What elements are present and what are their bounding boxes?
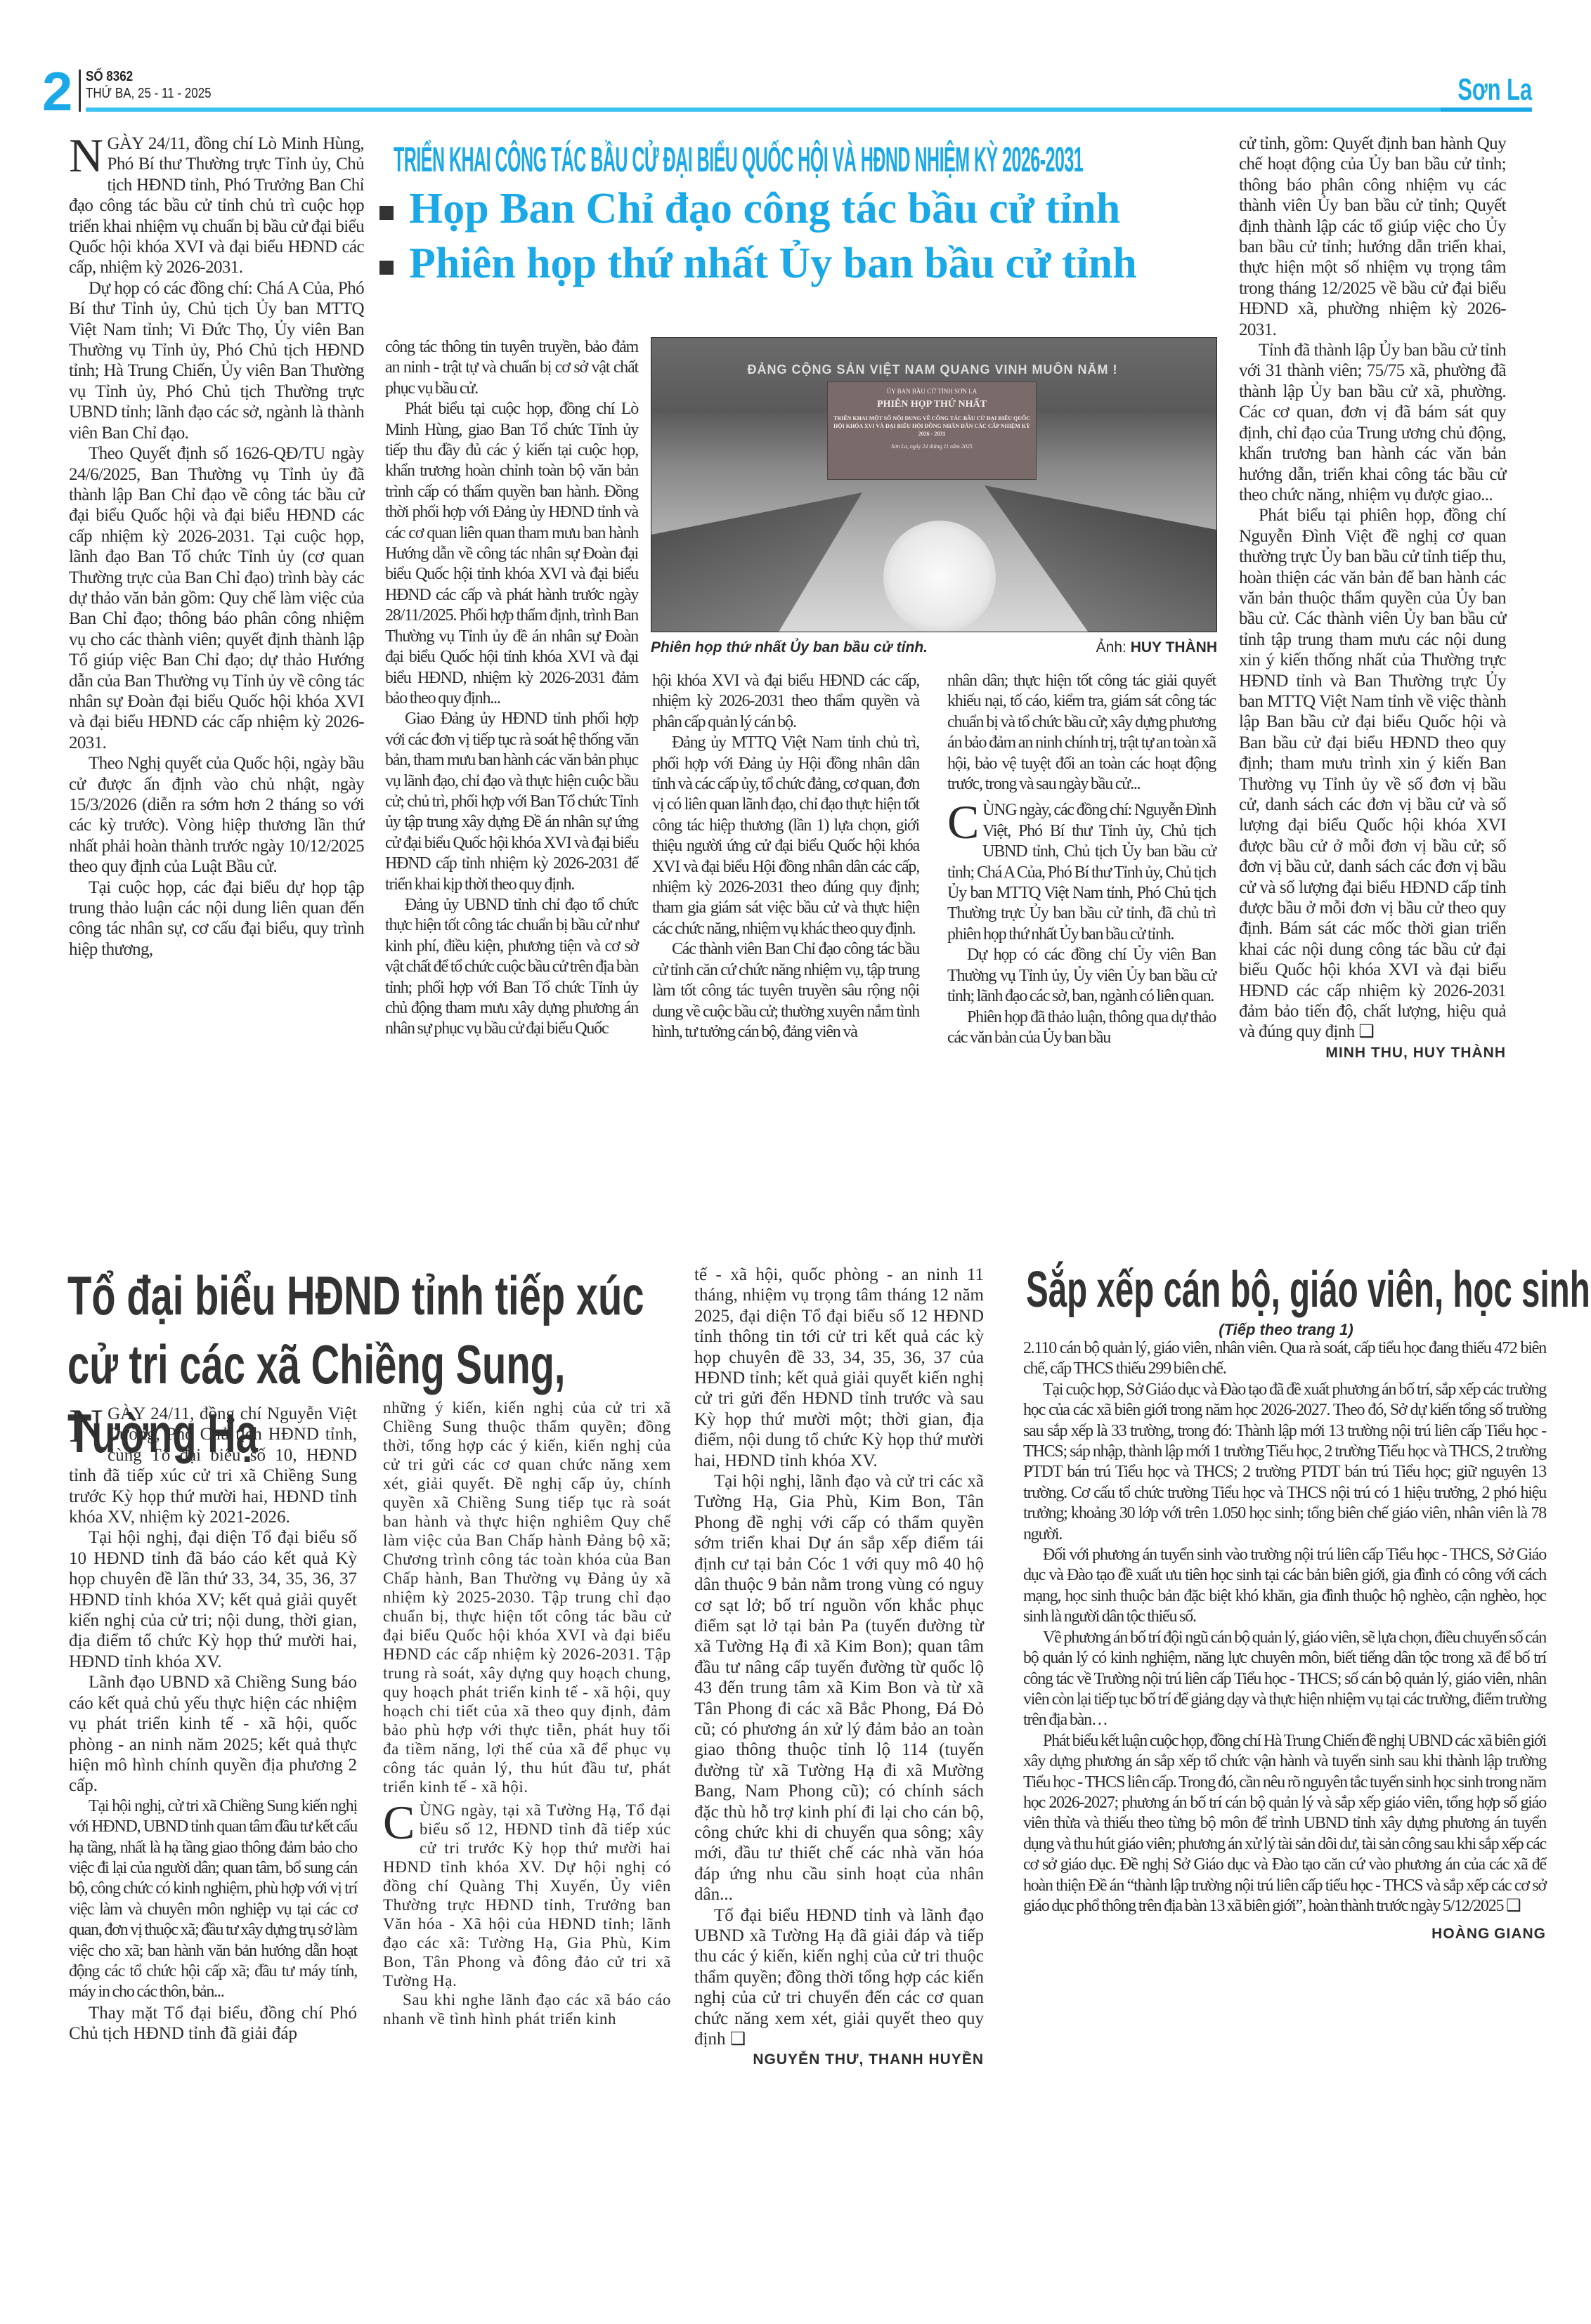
article2-column-2: những ý kiến, kiến nghị của cử tri xã Ch… — [383, 1398, 671, 2028]
paragraph: Tổ đại biểu HĐND tỉnh và lãnh đạo UBND x… — [694, 1905, 984, 2050]
issue-info: SỐ 8362 THỨ BA, 25 - 11 - 2025 — [86, 68, 212, 102]
byline: MINH THU, HUY THÀNH — [1239, 1043, 1506, 1063]
paragraph: Giao Đảng ủy HĐND tỉnh phối hợp với các … — [385, 709, 638, 895]
meeting-photo: ĐẢNG CỘNG SẢN VIỆT NAM QUANG VINH MUÔN N… — [651, 337, 1217, 632]
paragraph: nhân dân; thực hiện tốt công tác giải qu… — [947, 671, 1216, 795]
photo-table-right — [985, 485, 1216, 632]
paragraph: cử tỉnh, gồm: Quyết định ban hành Quy ch… — [1239, 133, 1506, 340]
paragraph: 2.110 cán bộ quản lý, giáo viên, nhân vi… — [1023, 1338, 1546, 1380]
continued-note: (Tiếp theo trang 1) — [1026, 1321, 1546, 1339]
article1-column-1: NGÀY 24/11, đồng chí Lò Minh Hùng, Phó B… — [69, 133, 364, 960]
paragraph: Tỉnh đã thành lập Ủy ban bầu cử tỉnh với… — [1239, 340, 1506, 505]
article3-headline: Sắp xếp cán bộ, giáo viên, học sinh... — [1026, 1261, 1490, 1319]
paragraph: Phát biểu tại cuộc họp, đồng chí Lò Minh… — [385, 399, 638, 709]
section-name: Sơn La — [1457, 72, 1532, 107]
paragraph: Theo Quyết định số 1626-QĐ/TU ngày 24/6/… — [69, 443, 364, 753]
issue-number: SỐ 8362 — [86, 69, 133, 84]
paragraph: Phiên họp đã thảo luận, thông qua dự thả… — [947, 1007, 1216, 1049]
article1-subhead-2: Phiên họp thứ nhất Ủy ban bầu cử tỉnh — [379, 239, 1137, 289]
article2-column-1: NGÀY 24/11, đồng chí Nguyễn Việt Cường, … — [69, 1404, 357, 2044]
screen-text: ỦY BAN BẦU CỬ TỈNH SƠN LA — [828, 388, 1036, 395]
paragraph: Tại hội nghị, lãnh đạo và cử tri các xã … — [694, 1471, 984, 1905]
paragraph: Sau khi nghe lãnh đạo các xã báo cáo nha… — [383, 1990, 671, 2028]
masthead-rule — [86, 107, 1463, 112]
paragraph: CÙNG ngày, tại xã Tường Hạ, Tổ đại biểu … — [383, 1801, 671, 1990]
photo-table-left — [651, 492, 862, 632]
paragraph: Phát biểu tại phiên họp, đồng chí Nguyễn… — [1239, 505, 1506, 1043]
paragraph: CÙNG ngày, các đồng chí: Nguyễn Đình Việ… — [947, 800, 1216, 945]
paragraph: Đảng ủy MTTQ Việt Nam tỉnh chủ trì, phối… — [652, 733, 919, 939]
byline: NGUYỄN THƯ, THANH HUYỀN — [694, 2049, 984, 2070]
dropcap: C — [947, 802, 978, 842]
paragraph: Thay mặt Tổ đại biểu, đồng chí Phó Chủ t… — [69, 2003, 357, 2044]
paragraph: Tại cuộc họp, Sở Giáo dục và Đào tạo đã … — [1023, 1380, 1546, 1545]
photo-banner-text: ĐẢNG CỘNG SẢN VIỆT NAM QUANG VINH MUÔN N… — [736, 363, 1129, 377]
section-rule — [1441, 107, 1532, 112]
page-number: 2 — [42, 67, 72, 116]
issue-date: THỨ BA, 25 - 11 - 2025 — [86, 86, 212, 101]
photo-credit: Ảnh: HUY THÀNH — [1096, 639, 1217, 656]
paragraph: Đảng ủy UBND tỉnh chỉ đạo tổ chức thực h… — [385, 895, 638, 1040]
subhead-text: Họp Ban Chỉ đạo công tác bầu cử tỉnh — [409, 185, 1120, 233]
article1-subhead-1: Họp Ban Chỉ đạo công tác bầu cử tỉnh — [379, 184, 1120, 234]
paragraph: Dự họp có các đồng chí Ủy viên Ban Thườn… — [947, 945, 1216, 1007]
paragraph: Tại hội nghị, đại diện Tổ đại biểu số 10… — [69, 1527, 357, 1672]
bullet-square-icon — [379, 261, 394, 275]
paragraph: Lãnh đạo UBND xã Chiềng Sung báo cáo kết… — [69, 1672, 357, 1796]
screen-text: TRIỂN KHAI MỘT SỐ NỘI DUNG VỀ CÔNG TÁC B… — [828, 414, 1036, 438]
paragraph: những ý kiến, kiến nghị của cử tri xã Ch… — [383, 1398, 671, 1796]
paragraph: Tại hội nghị, cử tri xã Chiềng Sung kiến… — [69, 1796, 357, 2003]
article1-kicker: TRIỂN KHAI CÔNG TÁC BẦU CỬ ĐẠI BIỂU QUỐC… — [394, 139, 808, 180]
page-masthead: 2 SỐ 8362 THỨ BA, 25 - 11 - 2025 Sơn La — [42, 67, 1546, 116]
paragraph: hội khóa XVI và đại biểu HĐND các cấp, n… — [652, 671, 919, 733]
article1-column-2: công tác thông tin tuyên truyền, bảo đảm… — [385, 337, 638, 1040]
photo-caption: Phiên họp thứ nhất Ủy ban bầu cử tỉnh. Ả… — [651, 639, 1217, 656]
screen-date: Sơn La, ngày 24 tháng 11 năm 2025 — [828, 443, 1036, 450]
paragraph: Dự họp có các đồng chí: Chá A Của, Phó B… — [69, 278, 364, 443]
byline: HOÀNG GIANG — [1023, 1924, 1546, 1944]
article2-column-3: tế - xã hội, quốc phòng - an ninh 11 thá… — [694, 1265, 984, 2070]
paragraph: Tại cuộc họp, các đại biểu dự họp tập tr… — [69, 877, 364, 960]
paragraph: Các thành viên Ban Chỉ đạo công tác bầu … — [652, 939, 919, 1043]
paragraph: Theo Nghị quyết của Quốc hội, ngày bầu c… — [69, 753, 364, 877]
dropcap: N — [69, 1405, 103, 1446]
article1-column-3: hội khóa XVI và đại biểu HĐND các cấp, n… — [652, 671, 919, 1043]
paragraph: tế - xã hội, quốc phòng - an ninh 11 thá… — [694, 1265, 984, 1471]
photo-screen: ỦY BAN BẦU CỬ TỈNH SƠN LA PHIÊN HỌP THỨ … — [827, 381, 1037, 480]
photo-flowers — [883, 521, 996, 632]
paragraph: Đối với phương án tuyển sinh vào trường … — [1023, 1545, 1546, 1628]
paragraph: công tác thông tin tuyên truyền, bảo đảm… — [385, 337, 638, 399]
paragraph: Phát biểu kết luận cuộc họp, đồng chí Hà… — [1023, 1731, 1546, 1917]
article3-body: 2.110 cán bộ quản lý, giáo viên, nhân vi… — [1023, 1338, 1546, 1945]
masthead-divider — [79, 70, 81, 112]
subhead-text: Phiên họp thứ nhất Ủy ban bầu cử tỉnh — [409, 240, 1137, 287]
paragraph: Về phương án bố trí đội ngũ cán bộ quản … — [1023, 1628, 1546, 1731]
caption-text: Phiên họp thứ nhất Ủy ban bầu cử tỉnh. — [651, 639, 928, 655]
dropcap: C — [383, 1802, 415, 1843]
dropcap: N — [69, 135, 103, 176]
paragraph: NGÀY 24/11, đồng chí Lò Minh Hùng, Phó B… — [69, 133, 364, 278]
article1-column-5: cử tỉnh, gồm: Quyết định ban hành Quy ch… — [1239, 133, 1506, 1063]
paragraph: NGÀY 24/11, đồng chí Nguyễn Việt Cường, … — [69, 1404, 357, 1527]
article1-column-4: nhân dân; thực hiện tốt công tác giải qu… — [947, 671, 1216, 1048]
bullet-square-icon — [379, 206, 394, 220]
screen-title: PHIÊN HỌP THỨ NHẤT — [828, 399, 1036, 410]
